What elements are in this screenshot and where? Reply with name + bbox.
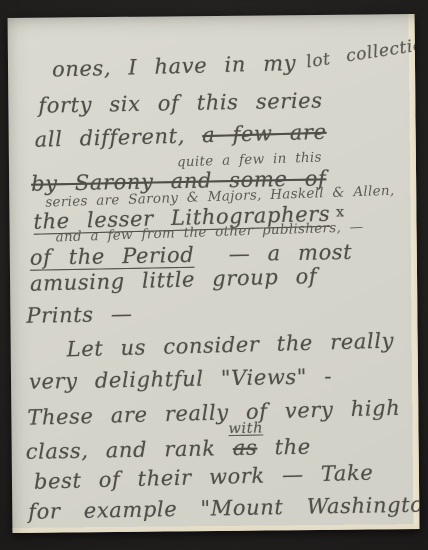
line-text: Let us consider the really	[66, 329, 394, 362]
struck-text: as	[233, 436, 258, 460]
handwritten-line: Prints —	[26, 302, 133, 328]
line-text: best of their work — Take	[34, 461, 374, 494]
line-text: all different,	[34, 123, 202, 152]
line-text: for example "Mount Washington	[28, 492, 419, 523]
handwritten-line: Let us consider the really	[66, 329, 394, 362]
handwritten-line: ones, I have in mylot collection	[52, 47, 420, 81]
line-text: — a most	[229, 240, 353, 266]
photo-mat: ones, I have in mylot collection forty s…	[0, 0, 428, 550]
correction-stack: withas	[233, 436, 258, 460]
photo-background: { "scene": { "background_color": "#23212…	[0, 0, 428, 550]
caret-mark: x	[336, 204, 345, 220]
line-text: ones, I have in my	[52, 51, 297, 82]
line-text: class, and rank	[25, 436, 233, 464]
handwritten-line: These are really of very high	[27, 396, 401, 430]
line-text: the	[257, 435, 311, 460]
struck-text: a few are	[202, 120, 327, 147]
handwritten-line: all different, a few are	[34, 120, 327, 152]
line-text: forty six of this series	[38, 88, 323, 117]
handwritten-line: very delightful "Views" -	[29, 364, 332, 394]
handwritten-line: best of their work — Take	[34, 461, 374, 494]
letter-page: ones, I have in mylot collection forty s…	[8, 14, 420, 533]
handwritten-line: class, and rank withas the	[25, 435, 311, 464]
underlined-text: of the Period	[30, 243, 195, 270]
line-text: These are really of very high	[27, 396, 401, 430]
handwritten-line: for example "Mount Washington	[28, 492, 419, 523]
inserted-text: with	[228, 420, 263, 437]
inserted-text: lot collection	[305, 33, 419, 72]
handwritten-line: forty six of this series	[38, 88, 323, 117]
line-text: very delightful "Views" -	[29, 364, 332, 394]
line-text: Prints —	[26, 302, 133, 328]
